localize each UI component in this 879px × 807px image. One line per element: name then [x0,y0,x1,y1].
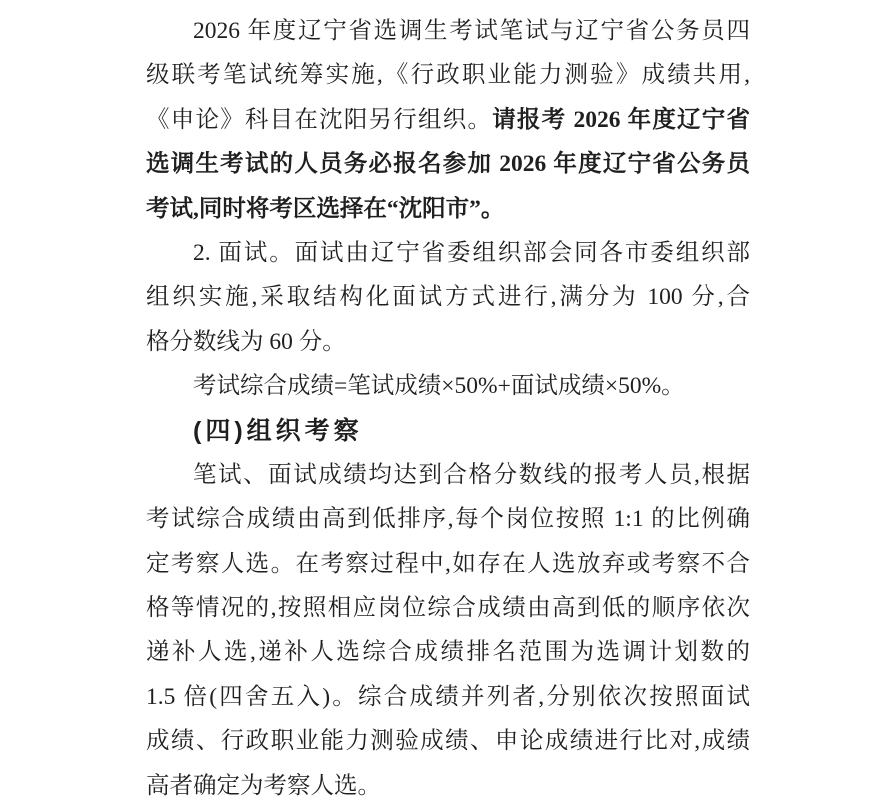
text-line-14: 格等情况的,按照相应岗位综合成绩由高到低的顺序依次 [146,586,750,630]
text-run-bold: 选调生考试的人员务必报名参加 2026 年度辽宁省公务员 [146,151,750,177]
text-line-6: 2. 面试。面试由辽宁省委组织部会同各市委组织部 [146,231,750,275]
text-run-bold: 考试,同时将考区选择在“沈阳市”。 [146,196,504,222]
document-page: 2026 年度辽宁省选调生考试笔试与辽宁省公务员四 级联考笔试统筹实施,《行政职… [146,9,750,807]
text-run: 1.5 倍(四舍五入)。综合成绩并列者,分别依次按照面试 [146,684,750,710]
text-line-7: 组织实施,采取结构化面试方式进行,满分为 100 分,合 [146,275,750,319]
text-line-9-formula: 考试综合成绩=笔试成绩×50%+面试成绩×50%。 [146,364,750,408]
text-run: 2026 年度辽宁省选调生考试笔试与辽宁省公务员四 [193,18,750,44]
text-run: 笔试、面试成绩均达到合格分数线的报考人员,根据 [193,462,750,488]
text-run: 定考察人选。在考察过程中,如存在人选放弃或考察不合 [146,551,750,577]
text-run-bold: 请报考 2026 年度辽宁省 [492,107,750,133]
text-line-4: 选调生考试的人员务必报名参加 2026 年度辽宁省公务员 [146,142,750,186]
heading-run: (四)组织考察 [193,417,363,445]
text-line-2: 级联考笔试统筹实施,《行政职业能力测验》成绩共用, [146,53,750,97]
text-line-12: 考试综合成绩由高到低排序,每个岗位按照 1:1 的比例确 [146,497,750,541]
text-run: 格分数线为 60 分。 [146,329,346,355]
text-run: 2. 面试。面试由辽宁省委组织部会同各市委组织部 [193,240,750,266]
text-line-11: 笔试、面试成绩均达到合格分数线的报考人员,根据 [146,453,750,497]
section-heading: (四)组织考察 [146,409,750,453]
text-line-1: 2026 年度辽宁省选调生考试笔试与辽宁省公务员四 [146,9,750,53]
text-run: 级联考笔试统筹实施,《行政职业能力测验》成绩共用, [146,62,750,88]
text-run: 递补人选,递补人选综合成绩排名范围为选调计划数的 [146,639,750,665]
text-line-5: 考试,同时将考区选择在“沈阳市”。 [146,187,750,231]
text-line-15: 递补人选,递补人选综合成绩排名范围为选调计划数的 [146,630,750,674]
text-run: 格等情况的,按照相应岗位综合成绩由高到低的顺序依次 [146,595,750,621]
text-line-3: 《申论》科目在沈阳另行组织。请报考 2026 年度辽宁省 [146,98,750,142]
text-line-17: 成绩、行政职业能力测验成绩、申论成绩进行比对,成绩 [146,719,750,763]
text-run: 考试综合成绩由高到低排序,每个岗位按照 1:1 的比例确 [146,506,750,532]
text-run: 高者确定为考察人选。 [146,773,381,799]
text-run: 《申论》科目在沈阳另行组织。 [146,107,492,133]
text-line-16: 1.5 倍(四舍五入)。综合成绩并列者,分别依次按照面试 [146,675,750,719]
text-run: 考试综合成绩=笔试成绩×50%+面试成绩×50%。 [193,373,685,399]
text-line-13: 定考察人选。在考察过程中,如存在人选放弃或考察不合 [146,542,750,586]
text-run: 组织实施,采取结构化面试方式进行,满分为 100 分,合 [146,284,750,310]
text-line-18: 高者确定为考察人选。 [146,764,750,807]
text-run: 成绩、行政职业能力测验成绩、申论成绩进行比对,成绩 [146,728,750,754]
text-line-8: 格分数线为 60 分。 [146,320,750,364]
